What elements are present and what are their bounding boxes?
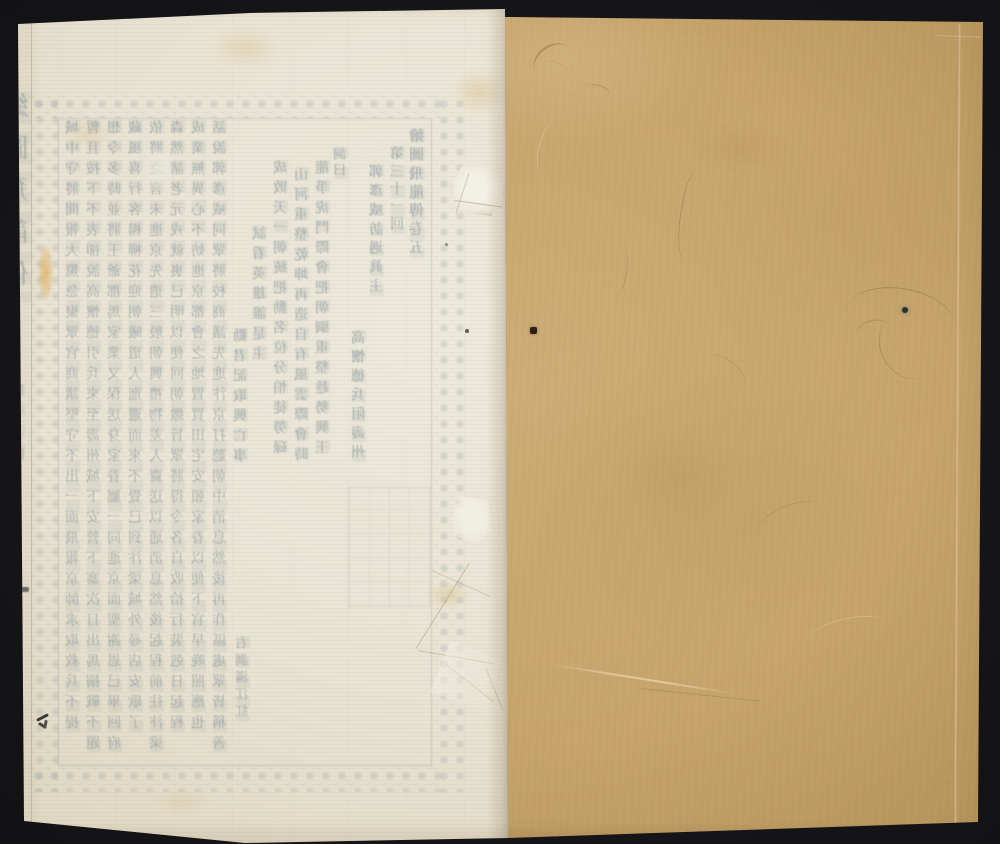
bleed-border-top <box>30 96 446 118</box>
stain <box>610 430 740 516</box>
spine-label-title: 繪圖飛龍傳 <box>5 92 31 302</box>
bleed-poem-column: 試看英雄誰是主 <box>253 226 267 366</box>
paper-fiber <box>804 610 893 658</box>
bleed-ci-intro: 詞曰 <box>335 147 348 179</box>
bleed-prose-column: 藏風喜行客楊柳花迎朝曦道人迤邐而來不覺已到汴梁城外尋店安歇了 <box>129 120 143 735</box>
bleed-poem-column: 龍爭虎鬥際會把朝綱重整趁勢興王 <box>316 160 330 460</box>
ink-dash <box>18 587 29 592</box>
stain <box>140 145 176 191</box>
bleed-poem-column: 山河重整乾坤再造自有風雲際會時 <box>295 167 309 467</box>
stain <box>150 788 214 816</box>
stain <box>690 120 790 174</box>
ink-speck <box>465 329 469 333</box>
ink-scribble <box>34 714 52 734</box>
ink-speck <box>445 243 448 246</box>
bleed-chapter-title-upper: 郭彥威訪遇眞主 <box>370 164 384 297</box>
bleed-prose-column: 成業無異心不妨進京都會之地置買田宅安頓家眷以便下官早晚照應也 <box>192 120 206 735</box>
spine-label-chapter: 第三十一回 <box>13 384 25 464</box>
ink-speck <box>902 307 908 313</box>
bleed-prose-column: 暫且按下不表卻說高懷德引兵來至壽州城下安營下寨次日出馬搦戰不題 <box>87 120 101 756</box>
bleed-prose-column: 依將之言未進京先遣三般朝興禮物差人齎送以通消息然後起程前往汴梁 <box>150 120 164 756</box>
stain <box>210 25 280 70</box>
cover-crease <box>548 663 736 695</box>
bleed-series-title: 繪圖飛龍傳卷五 <box>410 128 425 258</box>
bleed-border-bottom <box>30 768 446 792</box>
bleed-grid-figure <box>348 487 430 607</box>
stain <box>60 118 115 150</box>
bleed-tune-attribution: 右調滿江紅 <box>237 636 250 721</box>
stain-orange-streak <box>38 245 53 301</box>
bleed-prose-column: 森然諸老元戎就裏已明以便回朝繳旨眾將得令各自收拾行裝剋日起程 <box>171 120 185 735</box>
bleed-prose-column: 想令多時並將王爺郡馬家業又保送身家眷屬一同進京面聖謝恩已畢回府 <box>108 120 122 756</box>
bleed-poem-column: 勸君記取興亡事 <box>234 328 248 468</box>
ink-speck <box>530 327 537 334</box>
paper-fiber <box>532 118 571 182</box>
bleed-border-left <box>32 96 58 792</box>
bleed-chapter-title-lower: 高懷德兵阻壽州 <box>352 330 366 463</box>
paper-fiber <box>752 493 829 548</box>
gutter-shadow <box>486 0 508 844</box>
paper-fiber <box>697 347 753 400</box>
bleed-prose-column: 話說郭彥威同眾將校商議先進汴京打聽朝中消息然後再作區處眾皆稱善 <box>213 120 227 756</box>
paper-fiber <box>583 81 612 103</box>
paper-fiber <box>674 169 707 261</box>
paper-fiber <box>608 249 631 297</box>
bleed-chapter-number: 第三十一回 <box>391 146 405 234</box>
bleed-prose-column: 城中守將聞報大驚急聚眾官商議堅守不出一面飛報京師求取救兵不提 <box>66 120 80 735</box>
bleed-poem-column: 成敗天一朝統把勳名位分怕徒勞碌 <box>274 160 288 460</box>
book-scan-photo: 繪圖飛龍傳 第三十一回 繪圖飛龍傳卷五 第三十一回 郭彥威訪遇眞主 高懷德兵阻壽… <box>0 0 1000 844</box>
cover-fold-line <box>953 24 961 824</box>
cover-crease <box>640 688 759 702</box>
